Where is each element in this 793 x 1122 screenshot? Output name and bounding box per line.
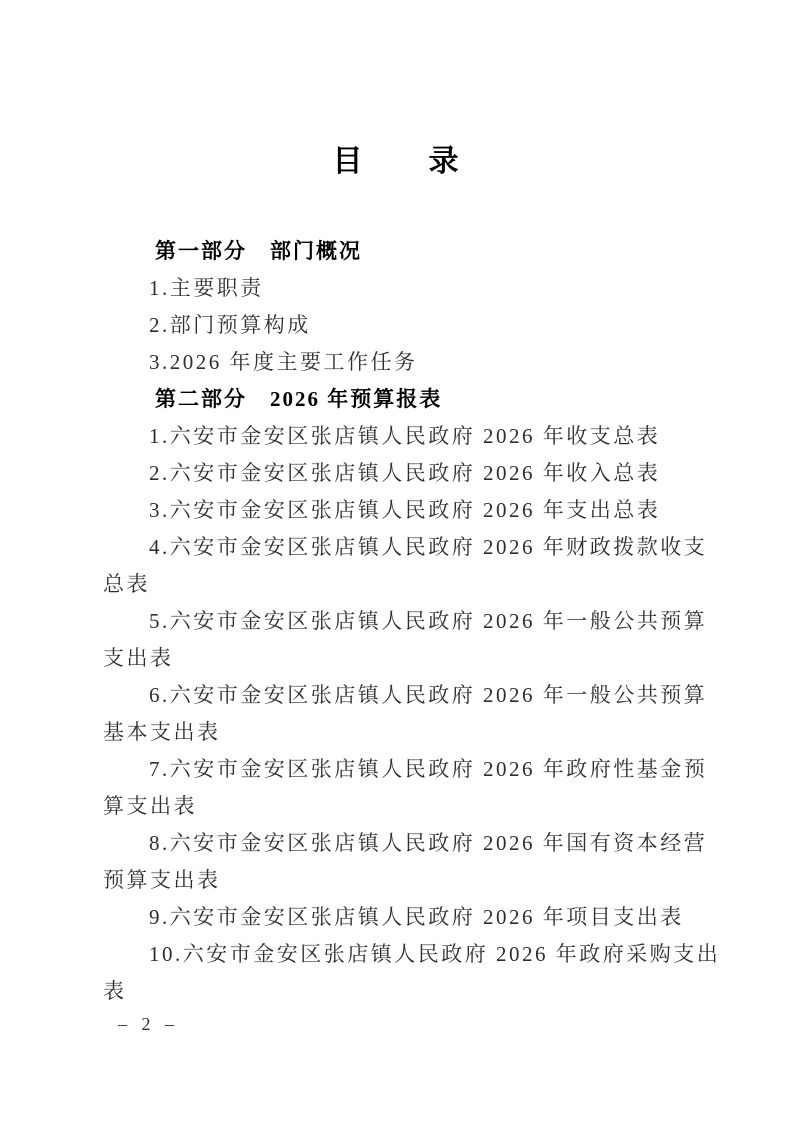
toc-entry-continuation: 总表 — [103, 566, 703, 603]
toc-entry: 4.六安市金安区张店镇人民政府 2026 年财政拨款收支 — [103, 529, 703, 566]
page-number: – 2 – — [118, 1012, 179, 1036]
toc-entry: 3.2026 年度主要工作任务 — [103, 344, 703, 381]
toc-entry-continuation: 基本支出表 — [103, 714, 703, 751]
table-of-contents: 第一部分 部门概况1.主要职责2.部门预算构成3.2026 年度主要工作任务第二… — [103, 233, 703, 1010]
toc-entry: 2.六安市金安区张店镇人民政府 2026 年收入总表 — [103, 455, 703, 492]
toc-entry: 9.六安市金安区张店镇人民政府 2026 年项目支出表 — [103, 899, 703, 936]
toc-entry-continuation: 预算支出表 — [103, 862, 703, 899]
page-title: 目 录 — [0, 142, 793, 182]
toc-section-heading: 第一部分 部门概况 — [103, 233, 703, 270]
toc-entry: 3.六安市金安区张店镇人民政府 2026 年支出总表 — [103, 492, 703, 529]
document-page: 目 录 第一部分 部门概况1.主要职责2.部门预算构成3.2026 年度主要工作… — [0, 0, 793, 1122]
toc-entry-continuation: 算支出表 — [103, 788, 703, 825]
toc-section-heading: 第二部分 2026 年预算报表 — [103, 381, 703, 418]
toc-entry-continuation: 支出表 — [103, 640, 703, 677]
toc-entry: 2.部门预算构成 — [103, 307, 703, 344]
toc-entry: 5.六安市金安区张店镇人民政府 2026 年一般公共预算 — [103, 603, 703, 640]
toc-entry: 8.六安市金安区张店镇人民政府 2026 年国有资本经营 — [103, 825, 703, 862]
toc-entry: 6.六安市金安区张店镇人民政府 2026 年一般公共预算 — [103, 677, 703, 714]
toc-entry: 1.六安市金安区张店镇人民政府 2026 年收支总表 — [103, 418, 703, 455]
toc-entry-continuation: 表 — [103, 973, 703, 1010]
toc-entry: 1.主要职责 — [103, 270, 703, 307]
toc-entry: 7.六安市金安区张店镇人民政府 2026 年政府性基金预 — [103, 751, 703, 788]
toc-entry: 10.六安市金安区张店镇人民政府 2026 年政府采购支出 — [103, 936, 703, 973]
